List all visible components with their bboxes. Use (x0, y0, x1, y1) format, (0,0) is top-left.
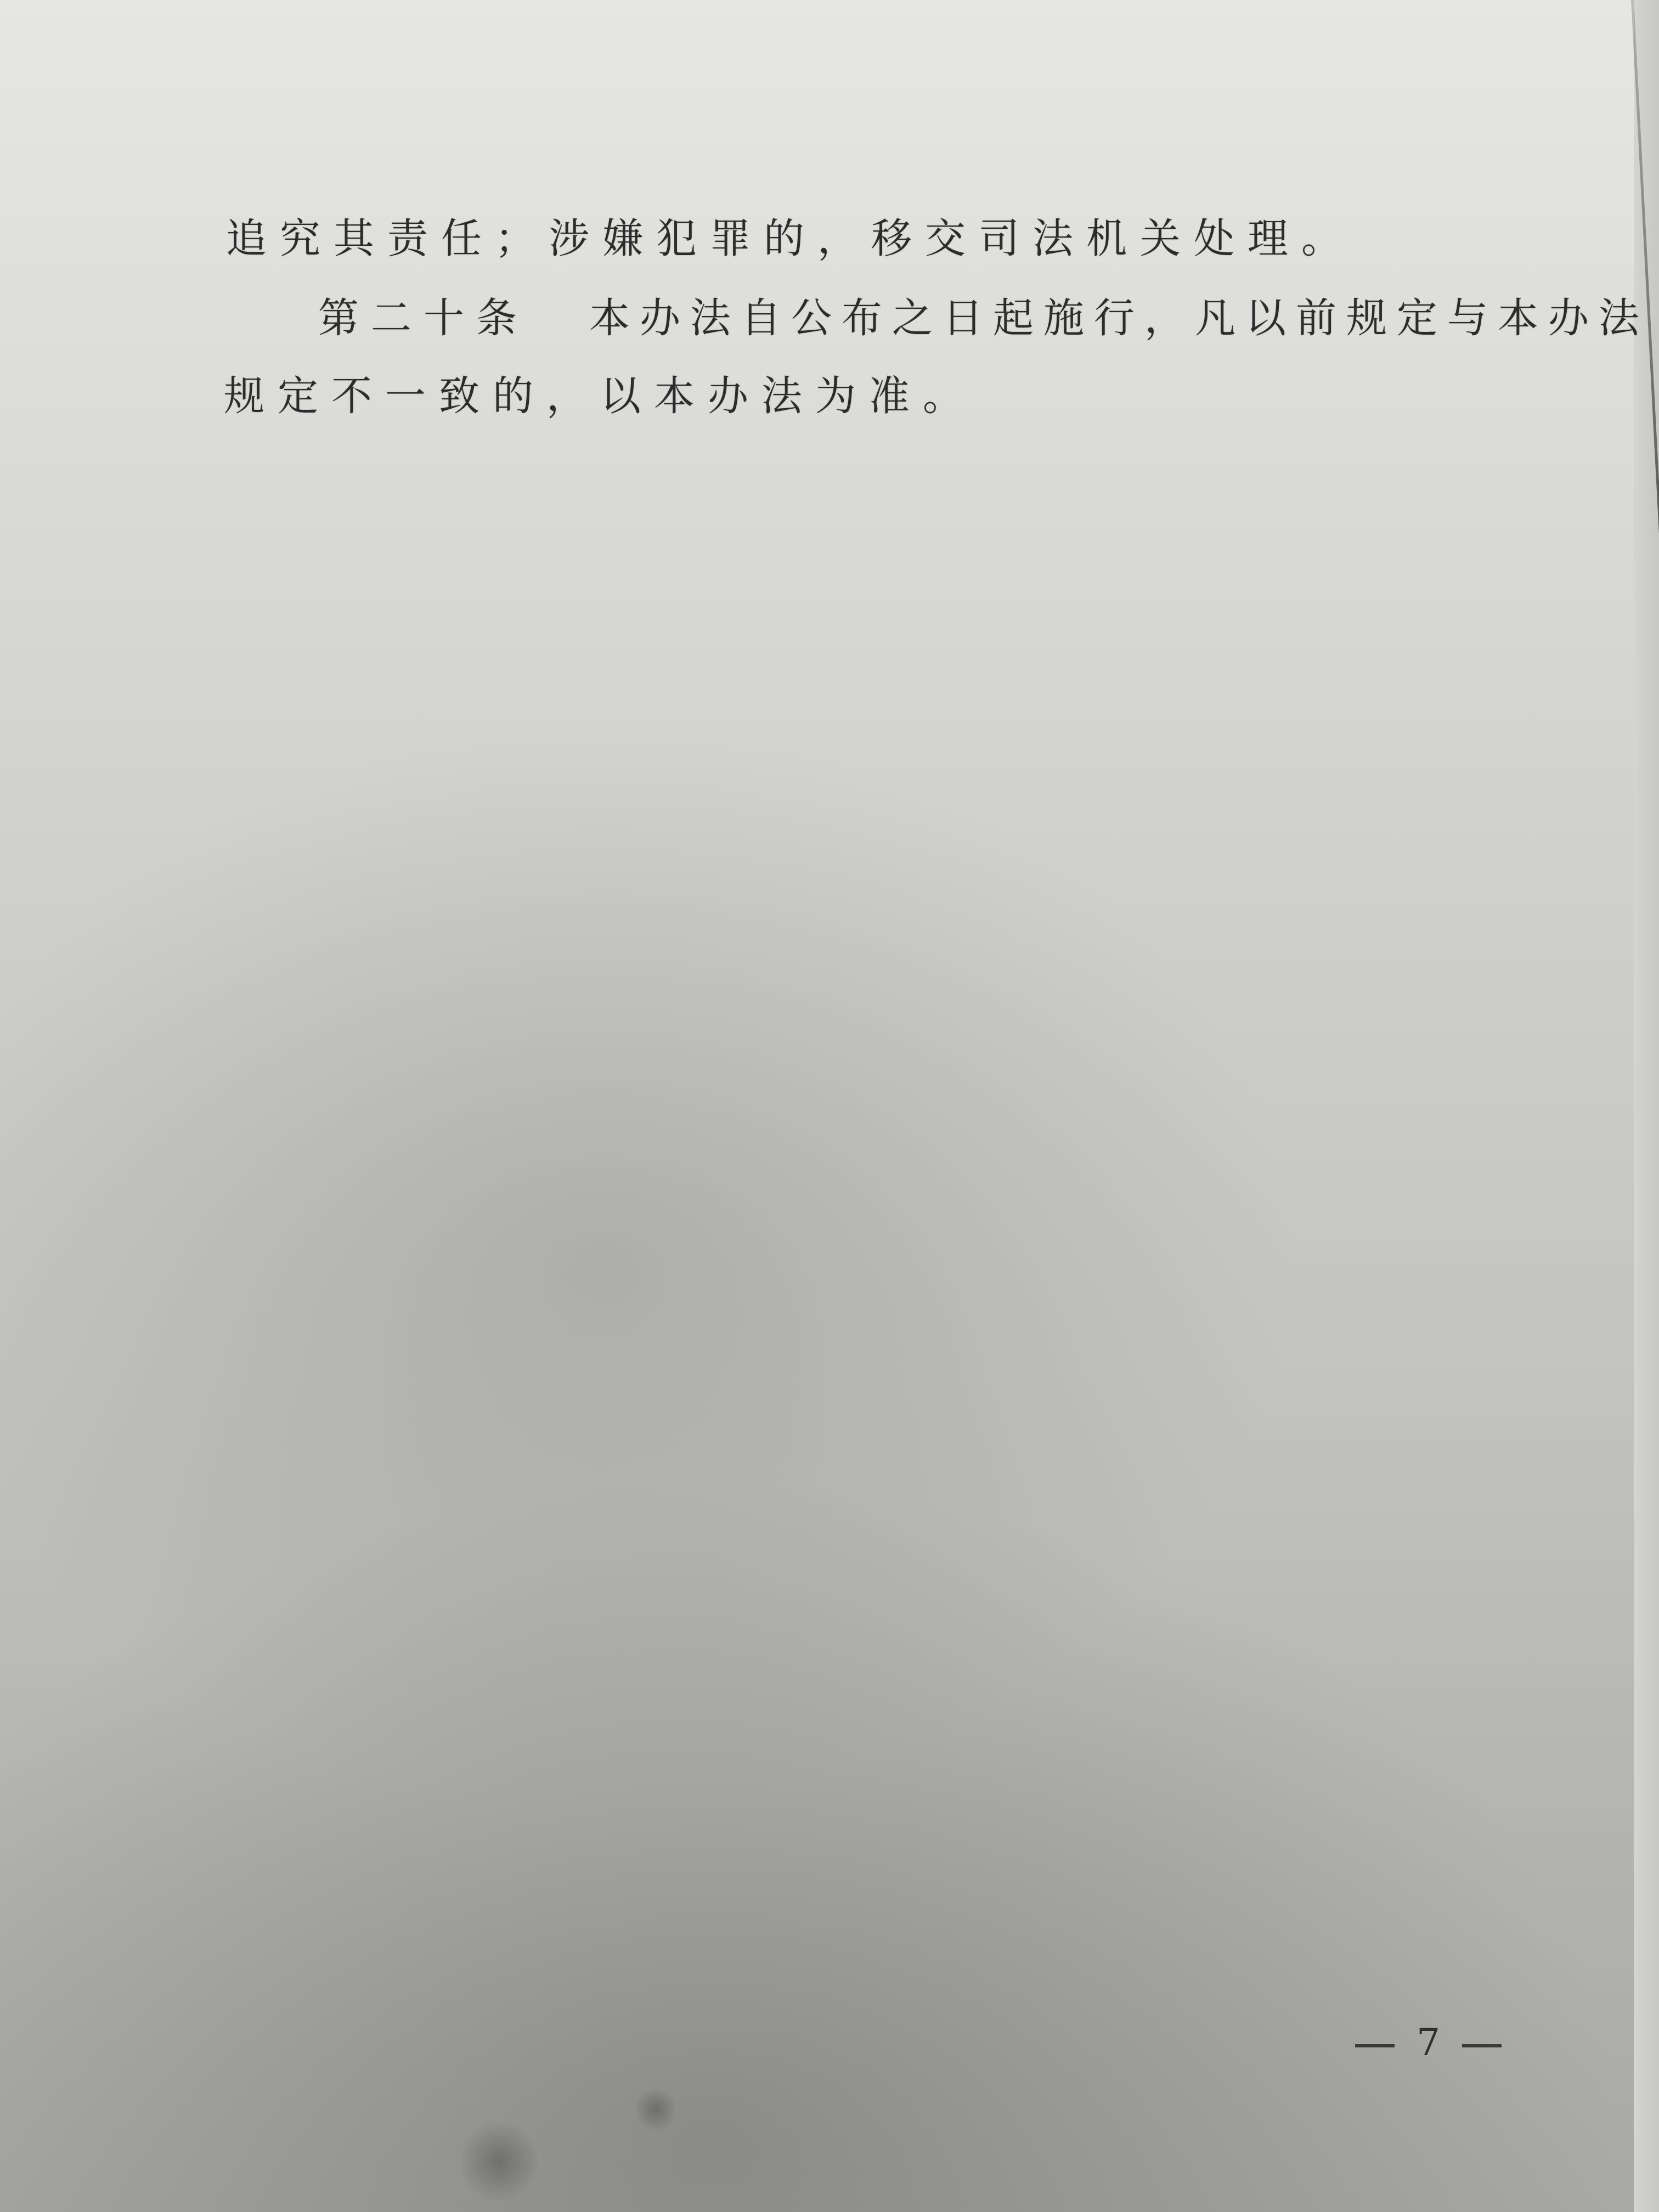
article-twenty-line: 第二十条本办法自公布之日起施行，凡以前规定与本办法 (318, 298, 1649, 338)
article-text: 本办法自公布之日起施行，凡以前规定与本办法 (589, 295, 1649, 342)
article-twenty-continuation: 规定不一致的，以本办法为准。 (224, 376, 977, 416)
smudge-mark (461, 2118, 538, 2205)
dash-right (1462, 2044, 1502, 2047)
dash-left (1355, 2044, 1395, 2047)
smudge-mark (636, 2085, 675, 2134)
paper-page: 追究其责任；涉嫌犯罪的，移交司法机关处理。 第二十条本办法自公布之日起施行，凡以… (0, 0, 1659, 2212)
paragraph-line-continuation: 追究其责任；涉嫌犯罪的，移交司法机关处理。 (226, 218, 1355, 259)
page-number-footer: 7 (1333, 2024, 1523, 2062)
article-number: 第二十条 (318, 295, 529, 342)
page-number: 7 (1417, 2021, 1440, 2064)
